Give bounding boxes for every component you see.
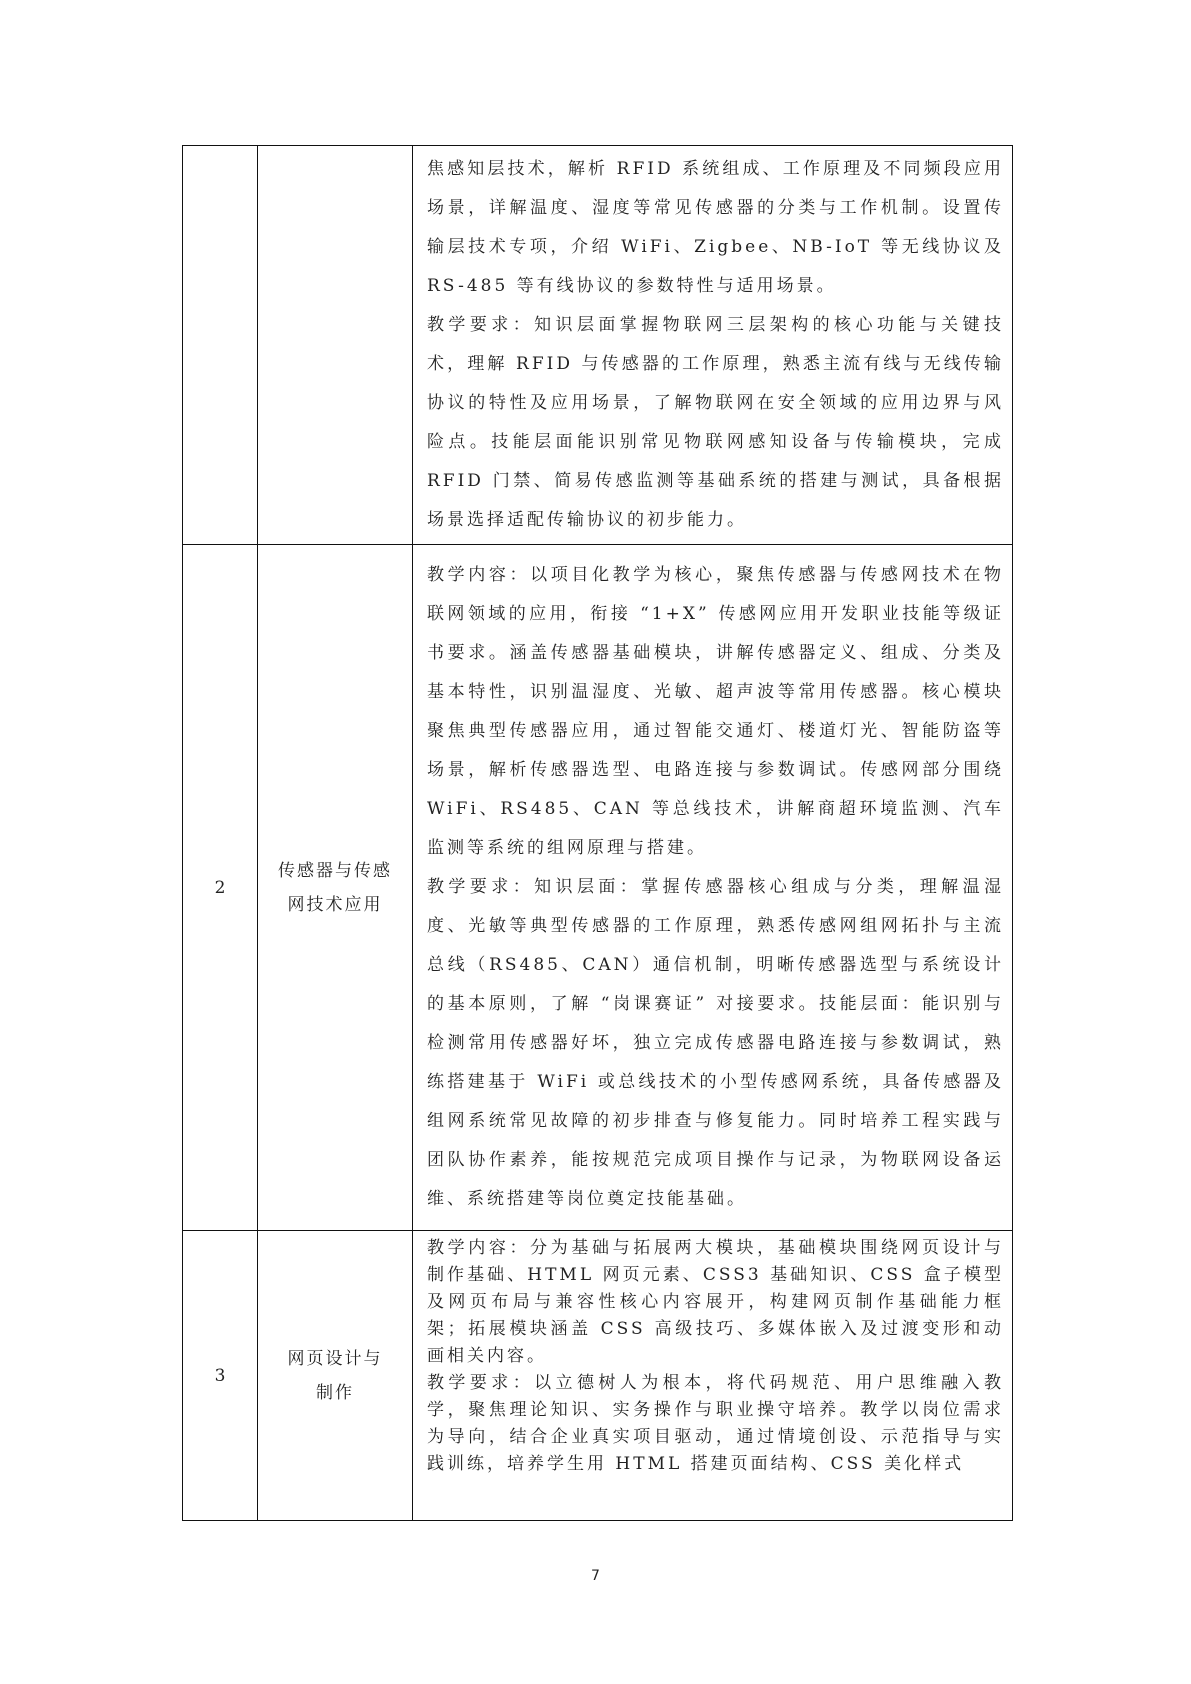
course-description-cell: 教学内容：分为基础与拓展两大模块，基础模块围绕网页设计与制作基础、HTML 网页… [413,1231,1013,1521]
course-name-label: 网页设计与制作 [285,1342,385,1410]
table-row: 2 传感器与传感网技术应用 教学内容：以项目化教学为核心，聚焦传感器与传感网技术… [183,545,1013,1231]
course-name-cell: 网页设计与制作 [258,1231,413,1521]
course-description-cell: 教学内容：以项目化教学为核心，聚焦传感器与传感网技术在物联网领域的应用，衔接 “… [413,545,1013,1231]
table-row: 3 网页设计与制作 教学内容：分为基础与拓展两大模块，基础模块围绕网页设计与制作… [183,1231,1013,1521]
course-name-cell: 传感器与传感网技术应用 [258,545,413,1231]
course-content-paragraph: 焦感知层技术，解析 RFID 系统组成、工作原理及不同频段应用场景，详解温度、湿… [427,150,1004,306]
course-number-cell: 2 [183,545,258,1231]
course-number-cell [183,146,258,545]
page-number: 7 [0,1568,1191,1584]
course-name-cell [258,146,413,545]
course-requirement-paragraph: 教学要求：以立德树人为根本，将代码规范、用户思维融入教学，聚焦理论知识、实务操作… [427,1370,1004,1478]
table-row: 焦感知层技术，解析 RFID 系统组成、工作原理及不同频段应用场景，详解温度、湿… [183,146,1013,545]
course-requirement-paragraph: 教学要求：知识层面：掌握传感器核心组成与分类，理解温湿度、光敏等典型传感器的工作… [427,868,1004,1219]
course-requirement-paragraph: 教学要求：知识层面掌握物联网三层架构的核心功能与关键技术，理解 RFID 与传感… [427,306,1004,540]
course-content-paragraph: 教学内容：以项目化教学为核心，聚焦传感器与传感网技术在物联网领域的应用，衔接 “… [427,556,1004,868]
course-content-paragraph: 教学内容：分为基础与拓展两大模块，基础模块围绕网页设计与制作基础、HTML 网页… [427,1235,1004,1370]
course-table: 焦感知层技术，解析 RFID 系统组成、工作原理及不同频段应用场景，详解温度、湿… [182,145,1013,1521]
course-number-cell: 3 [183,1231,258,1521]
course-name-label: 传感器与传感网技术应用 [276,854,394,922]
course-description-cell: 焦感知层技术，解析 RFID 系统组成、工作原理及不同频段应用场景，详解温度、湿… [413,146,1013,545]
